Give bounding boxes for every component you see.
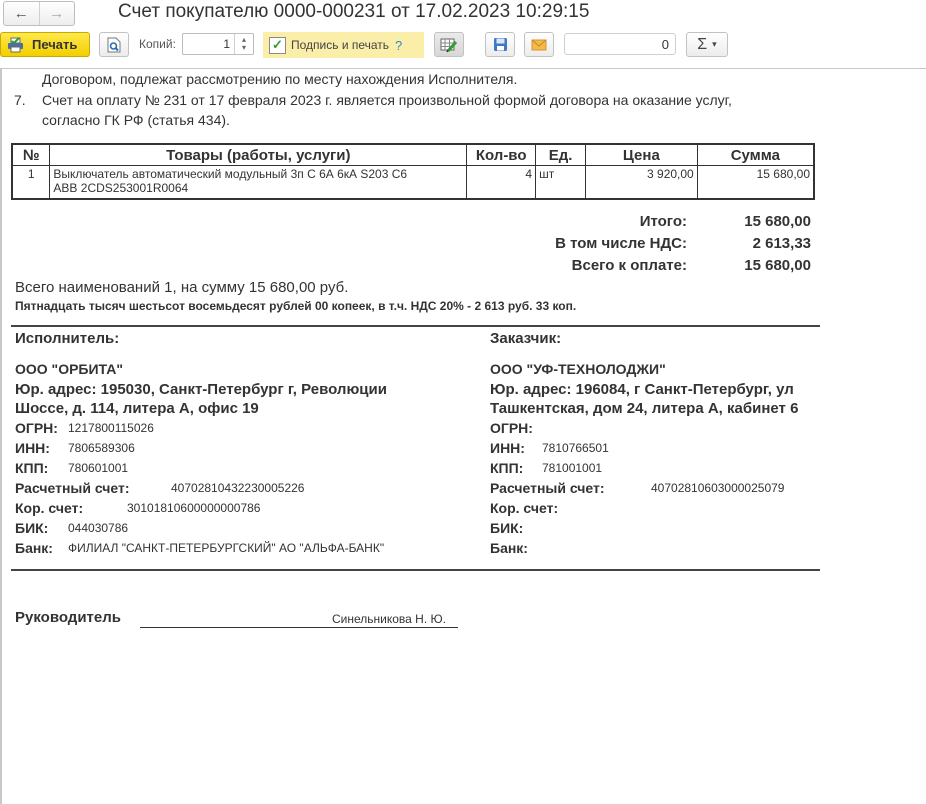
executor-name: ООО "ОРБИТА" bbox=[15, 361, 123, 377]
header-sum: Сумма bbox=[697, 144, 814, 166]
customer-account: Расчетный счет:40702810603000025079 bbox=[490, 480, 605, 496]
cell-sum: 15 680,00 bbox=[697, 166, 814, 199]
back-button[interactable]: ← bbox=[4, 2, 39, 25]
copies-input[interactable] bbox=[183, 34, 233, 54]
copies-stepper: ▴▾ bbox=[182, 33, 254, 55]
mail-icon bbox=[531, 39, 547, 51]
chevron-down-icon: ▾ bbox=[712, 39, 717, 50]
cell-price: 3 920,00 bbox=[586, 166, 698, 199]
copies-label: Копий: bbox=[139, 37, 176, 51]
arrow-right-icon: → bbox=[49, 5, 64, 22]
header-quantity: Кол-во bbox=[467, 144, 536, 166]
executor-ogrn: ОГРН:1217800115026 bbox=[15, 420, 58, 436]
vat-label: В том числе НДС: bbox=[487, 235, 687, 252]
printer-icon bbox=[7, 37, 24, 53]
customer-heading: Заказчик: bbox=[490, 330, 561, 347]
executor-bik: БИК:044030786 bbox=[15, 520, 48, 536]
executor-kpp: КПП:780601001 bbox=[15, 460, 48, 476]
items-summary: Всего наименований 1, на сумму 15 680,00… bbox=[15, 279, 348, 296]
cell-unit: шт bbox=[536, 166, 586, 199]
preview-button[interactable] bbox=[99, 32, 129, 57]
grand-total-label: Всего к оплате: bbox=[487, 257, 687, 274]
sum-input[interactable] bbox=[565, 34, 675, 54]
edit-document-button[interactable] bbox=[434, 32, 464, 57]
print-button[interactable]: Печать bbox=[0, 32, 90, 57]
checkmark-icon: ✓ bbox=[272, 37, 283, 53]
executor-address: Юр. адрес: 195030, Санкт-Петербург г, Ре… bbox=[15, 380, 387, 418]
cell-quantity: 4 bbox=[467, 166, 536, 199]
window-title: Счет покупателю 0000-000231 от 17.02.202… bbox=[118, 1, 589, 23]
header-unit: Ед. bbox=[536, 144, 586, 166]
customer-address: Юр. адрес: 196084, г Санкт-Петербург, ул… bbox=[490, 380, 798, 418]
document-viewport[interactable]: Договором, подлежат рассмотрению по мест… bbox=[0, 68, 926, 804]
sign-and-print-label[interactable]: Подпись и печать bbox=[291, 38, 389, 52]
spin-down-icon[interactable]: ▾ bbox=[242, 44, 246, 52]
total-value: 15 680,00 bbox=[691, 213, 811, 230]
help-icon[interactable]: ? bbox=[395, 38, 402, 53]
executor-account: Расчетный счет:40702810432230005226 bbox=[15, 480, 130, 496]
signature-line bbox=[140, 627, 458, 628]
edit-table-icon bbox=[440, 37, 458, 53]
customer-inn: ИНН:7810766501 bbox=[490, 440, 525, 456]
sign-and-print-option: ✓ Подпись и печать ? bbox=[263, 32, 424, 58]
customer-name: ООО "УФ-ТЕХНОЛОДЖИ" bbox=[490, 361, 666, 377]
arrow-left-icon: ← bbox=[14, 5, 29, 22]
cell-goods: Выключатель автоматический модульный 3п … bbox=[50, 166, 467, 199]
terms-text-intro: Договором, подлежат рассмотрению по мест… bbox=[42, 71, 517, 87]
header-price: Цена bbox=[586, 144, 698, 166]
history-nav: ← → bbox=[3, 1, 75, 26]
divider-top bbox=[11, 325, 820, 327]
executor-heading: Исполнитель: bbox=[15, 330, 119, 347]
sign-and-print-checkbox[interactable]: ✓ bbox=[269, 37, 286, 54]
sigma-icon: Σ bbox=[697, 36, 707, 54]
print-label: Печать bbox=[32, 37, 77, 52]
customer-address-line2: Ташкентская, дом 24, литера А, кабинет 6 bbox=[490, 399, 798, 418]
executor-inn: ИНН:7806589306 bbox=[15, 440, 50, 456]
toolbar: Печать Копий: ▴▾ ✓ Подпись и печать ? bbox=[0, 32, 926, 60]
items-table: № Товары (работы, услуги) Кол-во Ед. Цен… bbox=[11, 143, 815, 200]
amount-in-words: Пятнадцать тысяч шестьсот восемьдесят ру… bbox=[15, 299, 576, 313]
goods-name-line1: Выключатель автоматический модульный 3п … bbox=[53, 167, 463, 181]
header-number: № bbox=[12, 144, 50, 166]
cell-number: 1 bbox=[12, 166, 50, 199]
executor-corr-account: Кор. счет:30101810600000000786 bbox=[15, 500, 83, 516]
forward-button[interactable]: → bbox=[39, 2, 75, 25]
save-icon bbox=[493, 37, 508, 52]
customer-bik: БИК: bbox=[490, 520, 523, 536]
vat-value: 2 613,33 bbox=[691, 235, 811, 252]
sum-field bbox=[564, 33, 676, 55]
goods-name-line2: ABB 2CDS253001R0064 bbox=[53, 181, 463, 195]
customer-bank: Банк: bbox=[490, 540, 528, 556]
save-button[interactable] bbox=[485, 32, 515, 57]
executor-address-line1: Юр. адрес: 195030, Санкт-Петербург г, Ре… bbox=[15, 380, 387, 399]
signature-label: Руководитель bbox=[15, 609, 121, 626]
customer-corr-account: Кор. счет: bbox=[490, 500, 558, 516]
divider-bottom bbox=[11, 569, 820, 571]
customer-ogrn: ОГРН: bbox=[490, 420, 533, 436]
customer-kpp: КПП:781001001 bbox=[490, 460, 523, 476]
executor-address-line2: Шоссе, д. 114, литера А, офис 19 bbox=[15, 399, 387, 418]
terms-item-7-line2: согласно ГК РФ (статья 434). bbox=[42, 112, 230, 128]
preview-icon bbox=[107, 37, 121, 53]
terms-item-7-number: 7. bbox=[14, 92, 26, 108]
header-goods: Товары (работы, услуги) bbox=[50, 144, 467, 166]
copies-spin-buttons[interactable]: ▴▾ bbox=[234, 34, 253, 54]
send-email-button[interactable] bbox=[524, 32, 554, 57]
signature-name: Синельникова Н. Ю. bbox=[332, 612, 446, 626]
table-header: № Товары (работы, услуги) Кол-во Ед. Цен… bbox=[12, 144, 814, 166]
grand-total-value: 15 680,00 bbox=[691, 257, 811, 274]
table-row: 1 Выключатель автоматический модульный 3… bbox=[12, 166, 814, 199]
customer-address-line1: Юр. адрес: 196084, г Санкт-Петербург, ул bbox=[490, 380, 798, 399]
total-label: Итого: bbox=[487, 213, 687, 230]
executor-bank: Банк:ФИЛИАЛ "САНКТ-ПЕТЕРБУРГСКИЙ" АО "АЛ… bbox=[15, 540, 53, 556]
terms-item-7-line1: Счет на оплату № 231 от 17 февраля 2023 … bbox=[42, 92, 732, 108]
sum-mode-dropdown[interactable]: Σ▾ bbox=[686, 32, 728, 57]
